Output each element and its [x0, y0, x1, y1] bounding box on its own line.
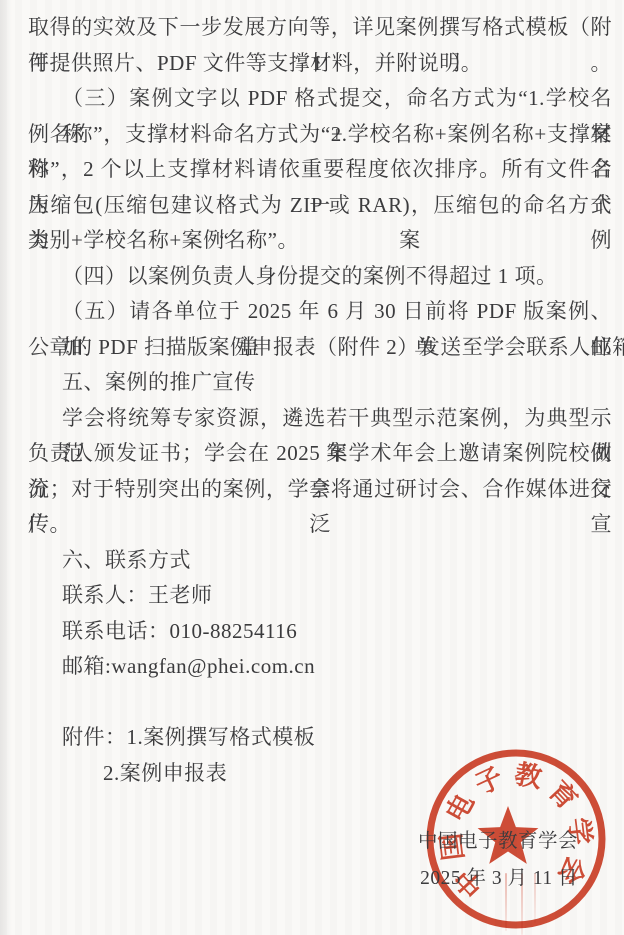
text-line: 五、案例的推广宣传 — [28, 365, 612, 401]
text-line: （四）以案例负责人身份提交的案例不得超过 1 项。 — [28, 259, 612, 295]
signature-date: 2025 年 3 月 11 日 — [420, 862, 578, 890]
seal-arc-char: 子 — [470, 762, 507, 801]
text-line: 例名称”，支撑材料命名方式为“2.学校名称+案例名称+支撑材料名 — [28, 117, 612, 153]
text-line: 邮箱:wangfan@phei.com.cn — [28, 649, 612, 685]
text-line: （五）请各单位于 2025 年 6 月 30 日前将 PDF 版案例、加盖单位 — [28, 294, 612, 330]
text-line: 取得的实效及下一步发展方向等，详见案例撰写格式模板（附件 1）。 — [28, 10, 612, 46]
text-line: 流；对于特别突出的案例，学会将通过研讨会、合作媒体进行广泛宣 — [28, 472, 612, 508]
text-line: 联系人：王老师 — [28, 578, 612, 614]
text-line: 联系电话：010-88254116 — [28, 614, 612, 650]
text-line: 压缩包(压缩包建议格式为 ZIP 或 RAR)，压缩包的命名方式为“案例 — [28, 188, 612, 224]
text-line: 称”，2 个以上支撑材料请依重要程度依次排序。所有文件合为一个 — [28, 152, 612, 188]
text-line: 六、联系方式 — [28, 543, 612, 579]
text-line: （三）案例文字以 PDF 格式提交，命名方式为“1.学校名称+案 — [28, 81, 612, 117]
text-line — [28, 685, 612, 721]
text-line: 负责人颁发证书；学会在 2025 年学术年会上邀请案例院校做分享交 — [28, 436, 612, 472]
seal-arc-char: 教 — [512, 759, 545, 794]
document-body: 取得的实效及下一步发展方向等，详见案例撰写格式模板（附件 1）。可提供照片、PD… — [28, 10, 612, 791]
document-page: 取得的实效及下一步发展方向等，详见案例撰写格式模板（附件 1）。可提供照片、PD… — [0, 0, 624, 935]
scan-shadow — [0, 0, 12, 935]
text-line: 学会将统筹专家资源，遴选若干典型示范案例，为典型示范案例 — [28, 401, 612, 437]
text-line: 公章的 PDF 扫描版案例申报表（附件 2）发送至学会联系人邮箱。 — [28, 330, 612, 366]
signature-org: 中国电子教育学会 — [418, 825, 578, 853]
